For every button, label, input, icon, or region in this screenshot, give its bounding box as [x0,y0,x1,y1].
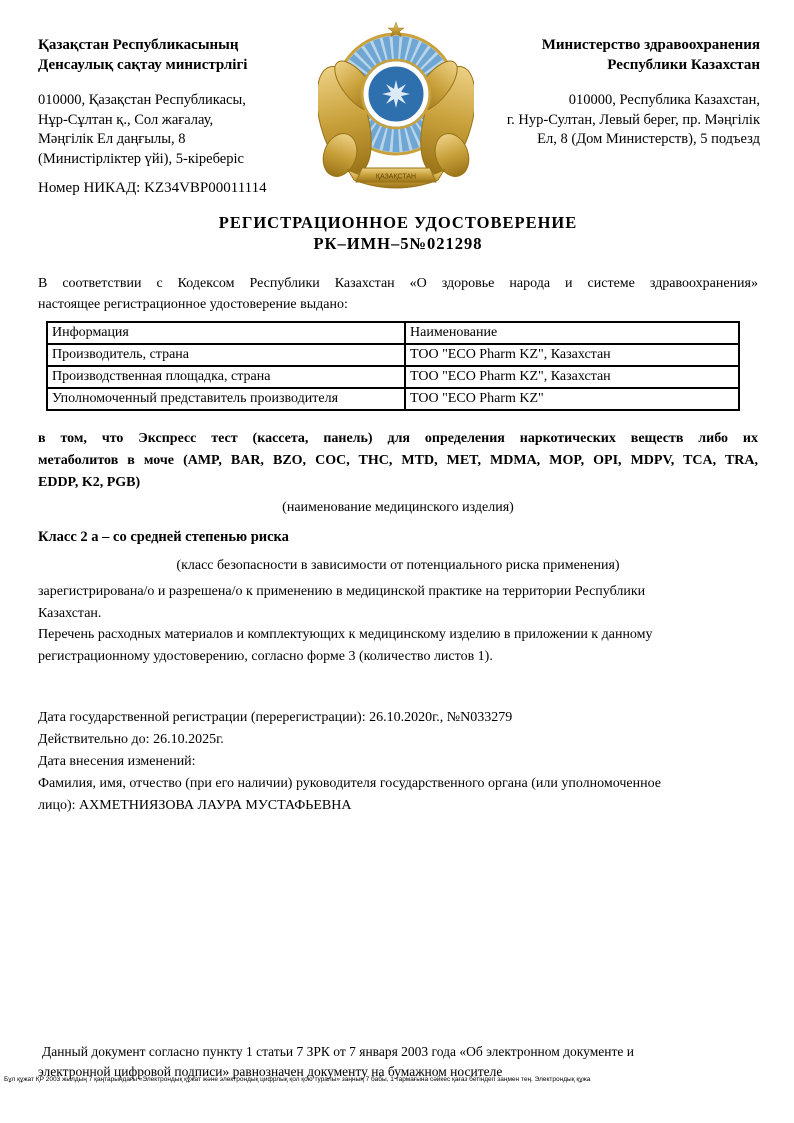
official-name-line: Фамилия, имя, отчество (при его наличии)… [38,773,758,795]
certificate-number: РК–ИМН–5№021298 [38,233,758,254]
registration-statement-line: зарегистрирована/о и разрешена/о к приме… [38,581,758,603]
product-line: EDDP, K2, PGB) [38,472,758,494]
table-cell: Производитель, страна [47,344,405,366]
address-kz-line: Нұр-Сұлтан қ., Сол жағалау, [38,111,338,131]
table-row: Уполномоченный представитель производите… [47,388,739,410]
shanyrak-star [382,80,410,108]
product-description: в том, что Экспресс тест (кассета, панел… [38,428,758,494]
attachment-note-line: регистрационному удостоверению, согласно… [38,646,758,668]
address-ru-line: г. Нур-Султан, Левый берег, пр. Мәңгілік [430,111,760,131]
table-header-row: Информация Наименование [47,322,739,344]
product-line: в том, что Экспресс тест (кассета, панел… [38,428,758,450]
certificate-title: РЕГИСТРАЦИОННОЕ УДОСТОВЕРЕНИЕ [38,212,758,233]
address-ru-line: 010000, Республика Казахстан, [430,91,760,111]
address-kz-line: 010000, Қазақстан Республикасы, [38,91,338,111]
intro-paragraph: В соответствии с Кодексом Республики Каз… [38,273,758,315]
product-caption: (наименование медицинского изделия) [38,498,758,518]
risk-class: Класс 2 а – со средней степенью риска [38,527,758,548]
table-header-cell: Наименование [405,322,739,344]
registration-date: Дата государственной регистрации (перере… [38,707,758,729]
table-row: Производственная площадка, страна ТОО "E… [47,366,739,388]
registration-statement: зарегистрирована/о и разрешена/о к приме… [38,581,758,624]
table-cell: ТОО "ECO Pharm KZ", Казахстан [405,344,739,366]
address-kz: 010000, Қазақстан Республикасы, Нұр-Сұлт… [38,91,338,169]
attachment-note: Перечень расходных материалов и комплект… [38,624,758,667]
table-cell: ТОО "ECO Pharm KZ", Казахстан [405,366,739,388]
risk-class-caption: (класс безопасности в зависимости от пот… [38,556,758,576]
expiry-date: Действительно до: 26.10.2025г. [38,729,758,751]
header-right: Министерство здравоохранения Республики … [430,36,760,150]
table-header-cell: Информация [47,322,405,344]
product-line: метаболитов в моче (AMP, BAR, BZO, COC, … [38,450,758,472]
ministry-name-kz-line1: Қазақстан Республикасының [38,36,338,56]
table-cell: ТОО "ECO Pharm KZ" [405,388,739,410]
emblem-banner-text: ҚАЗАҚСТАН [376,174,416,181]
dates-block: Дата государственной регистрации (перере… [38,707,758,817]
header-left: Қазақстан Республикасының Денсаулық сақт… [38,36,338,197]
ministry-name-ru-line2: Республики Казахстан [430,56,760,76]
registration-certificate-document: Қазақстан Республикасының Денсаулық сақт… [0,0,794,1123]
registration-statement-line: Казахстан. [38,603,758,625]
address-ru: 010000, Республика Казахстан, г. Нур-Сул… [430,91,760,150]
emblem-banner: ҚАЗАҚСТАН [356,168,436,182]
attachment-note-line: Перечень расходных материалов и комплект… [38,624,758,646]
ministry-name-ru-line1: Министерство здравоохранения [430,36,760,56]
intro-line: настоящее регистрационное удостоверение … [38,294,758,315]
table-cell: Производственная площадка, страна [47,366,405,388]
footer-legal-kz: Бұл құжат ҚР 2003 жылдың 7 қаңтарындағы … [4,1076,794,1083]
address-kz-line: (Министірліктер үйі), 5-кіреберіс [38,150,338,170]
official-name-line: лицо): АХМЕТНИЯЗОВА ЛАУРА МУСТАФЬЕВНА [38,795,758,817]
table-row: Производитель, страна ТОО "ECO Pharm KZ"… [47,344,739,366]
address-ru-line: Ел, 8 (Дом Министерств), 5 подъезд [430,130,760,150]
address-kz-line: Мәңгілік Ел даңғылы, 8 [38,130,338,150]
ministry-name-kz-line2: Денсаулық сақтау министрлігі [38,56,338,76]
info-table: Информация Наименование Производитель, с… [46,321,740,411]
nikad-number: Номер НИКАД: KZ34VBP00011114 [38,180,338,197]
table-cell: Уполномоченный представитель производите… [47,388,405,410]
document-body: РЕГИСТРАЦИОННОЕ УДОСТОВЕРЕНИЕ РК–ИМН–5№0… [38,212,758,817]
intro-line: В соответствии с Кодексом Республики Каз… [38,273,758,294]
footer-legal-ru-line: Данный документ согласно пункту 1 статьи… [38,1042,754,1062]
amendment-date: Дата внесения изменений: [38,751,758,773]
